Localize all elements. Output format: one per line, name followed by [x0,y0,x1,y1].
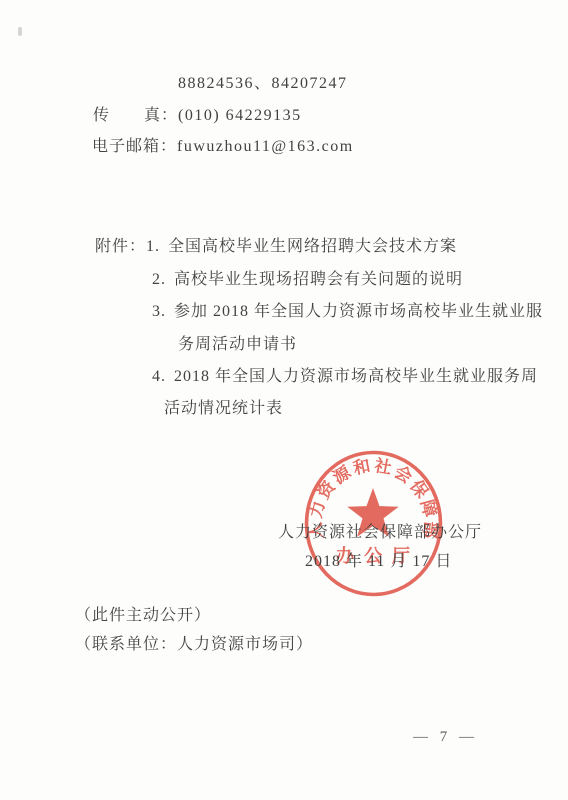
fax-label: 传 真： [93,107,178,124]
phone-numbers: 88824536、84207247 [178,73,348,95]
attachment-text: 2018 年全国人力资源市场高校毕业生就业服务周 [174,368,538,385]
document-page: 88824536、84207247 传 真：(010) 64229135 电子邮… [0,0,568,800]
attachment-text: 参加 2018 年全国人力资源市场高校毕业生就业服 [174,303,543,320]
attachment-text: 务周活动申请书 [178,336,297,353]
email-value: fuwuzhou11@163.com [177,138,354,155]
attachment-line-1: 附件：1.全国高校毕业生网络招聘大会技术方案 [95,236,457,258]
signature-date: 2018 年 11 月 17 日 [305,551,452,573]
email-label: 电子邮箱： [92,138,177,155]
fax-value: (010) 64229135 [178,107,302,124]
attachments-label: 附件： [95,238,146,255]
attachment-line-3-cont: 务周活动申请书 [178,334,297,356]
attachment-number: 1. [146,236,160,258]
attachment-text: 高校毕业生现场招聘会有关问题的说明 [174,271,463,288]
contact-unit-note: （联系单位：人力资源市场司） [75,634,313,656]
attachment-number: 4. [152,366,166,388]
attachment-text: 活动情况统计表 [164,400,283,417]
attachment-line-4-cont: 活动情况统计表 [164,398,283,420]
fax-line: 传 真：(010) 64229135 [93,105,302,127]
attachment-text: 全国高校毕业生网络招聘大会技术方案 [168,238,457,255]
issuer-signature: 人力资源社会保障部办公厅 [278,522,482,544]
attachment-number: 3. [152,301,166,323]
attachment-line-3: 3.参加 2018 年全国人力资源市场高校毕业生就业服 [152,301,543,323]
email-line: 电子邮箱：fuwuzhou11@163.com [92,136,354,158]
disclosure-note: （此件主动公开） [75,605,211,627]
scan-speck [18,27,22,36]
attachment-line-4: 4.2018 年全国人力资源市场高校毕业生就业服务周 [152,366,538,388]
attachment-line-2: 2.高校毕业生现场招聘会有关问题的说明 [152,269,463,291]
page-number: — 7 — [413,729,478,746]
attachment-number: 2. [152,269,166,291]
